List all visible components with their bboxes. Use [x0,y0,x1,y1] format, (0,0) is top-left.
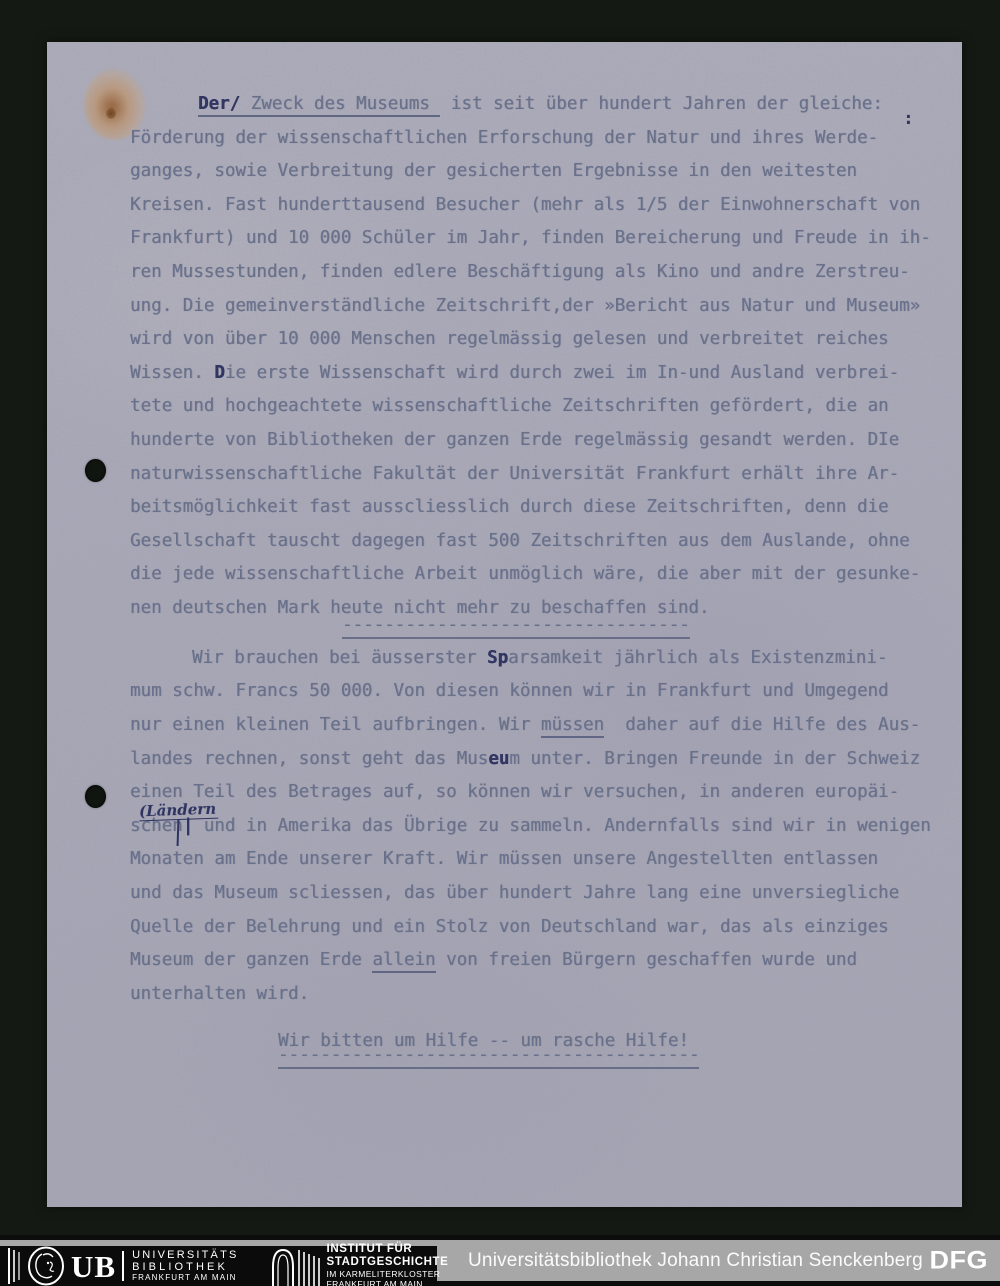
institut-logo-line3: IM KARMELITERKLOSTER [327,1269,449,1279]
typed-line: Museum der ganzen Erde allein von freien… [130,944,960,978]
typed-line: wird von über 10 000 Menschen regelmässi… [130,323,960,357]
handwritten-annotation: (Ländern [139,800,219,822]
footer-logo-row: UB UNIVERSITÄTS BIBLIOTHEK FRANKFURT AM … [6,1246,448,1286]
typed-line: nur einen kleinen Teil aufbringen. Wir m… [130,709,960,743]
typed-line: unterhalten wird. [130,978,960,1012]
footer-logo-panel: UB UNIVERSITÄTS BIBLIOTHEK FRANKFURT AM … [0,1246,437,1286]
typed-line: naturwissenschaftliche Fakultät der Univ… [130,458,960,492]
ub-logo-line3: FRANKFURT AM MAIN [132,1273,238,1283]
typed-line: ung. Die gemeinverständliche Zeitschrift… [130,290,960,324]
punch-hole [85,785,106,808]
ub-library-logo: UB UNIVERSITÄTS BIBLIOTHEK FRANKFURT AM … [6,1246,239,1286]
typed-line: Wir brauchen bei äusserster Sparsamkeit … [130,642,960,676]
typed-line: Der/ Zweck des Museums ist seit über hun… [130,88,960,122]
page: { "page": { "background": "#141a13", "pa… [0,0,1000,1286]
typed-text: Der/ Zweck des Museums ist seit über hun… [130,88,960,1073]
punch-hole [85,459,106,482]
typed-line: Frankfurt) und 10 000 Schüler im Jahr, f… [130,222,960,256]
karmeliterkloster-arch-icon [269,1245,321,1286]
paper-stain-core [106,108,116,119]
institut-logo-line2: STADTGESCHICHTE [327,1256,449,1269]
ub-logo-line1: UNIVERSITÄTS [132,1249,238,1261]
typed-line: Gesellschaft tauscht dagegen fast 500 Ze… [130,525,960,559]
typed-line: und das Museum scliessen, das über hunde… [130,877,960,911]
ub-abbr-label: UB [71,1251,116,1282]
institut-stadtgeschichte-logo: INSTITUT FÜR STADTGESCHICHTE IM KARMELIT… [269,1243,449,1286]
typed-line: Wissen. Die erste Wissenschaft wird durc… [130,357,960,391]
footer-bar: Universitätsbibliothek Johann Christian … [0,1235,1000,1286]
typed-line: beitsmöglichkeit fast ausscliesslich dur… [130,491,960,525]
typed-line: mum schw. Francs 50 000. Von diesen könn… [130,675,960,709]
institut-logo-line1: INSTITUT FÜR [327,1243,449,1256]
correction-colon: : [903,108,914,129]
typed-line: Förderung der wissenschaftlichen Erforsc… [130,122,960,156]
typed-line: landes rechnen, sonst geht das Museum un… [130,743,960,777]
ub-logo-line2: BIBLIOTHEK [132,1261,238,1273]
logo-divider [122,1251,124,1281]
typed-line: die jede wissenschaftliche Arbeit unmögl… [130,558,960,592]
typed-line: Monaten am Ende unserer Kraft. Wir müsse… [130,843,960,877]
goethe-portrait-icon [6,1246,68,1286]
typed-line: einen Teil des Betrages auf, so können w… [130,776,960,810]
typed-line: schen| und in Amerika das Übrige zu samm… [130,810,960,844]
library-name-label: Universitätsbibliothek Johann Christian … [468,1240,923,1281]
ub-logo-text: UNIVERSITÄTS BIBLIOTHEK FRANKFURT AM MAI… [132,1249,238,1283]
typed-line: Kreisen. Fast hunderttausend Besucher (m… [130,189,960,223]
typed-line: ren Mussestunden, finden edlere Beschäft… [130,256,960,290]
typed-line: ganges, sowie Verbreitung der gesicherte… [130,155,960,189]
typed-line: hunderte von Bibliotheken der ganzen Erd… [130,424,960,458]
paragraph-separator: ---------------------------------------- [130,1050,960,1072]
institut-logo-text: INSTITUT FÜR STADTGESCHICHTE IM KARMELIT… [327,1243,449,1286]
dfg-logo: DFG [930,1242,989,1280]
institut-logo-line4: FRANKFURT AM MAIN [327,1279,449,1286]
typed-line: tete und hochgeachtete wissenschaftliche… [130,390,960,424]
typed-line: Quelle der Belehrung und ein Stolz von D… [130,911,960,945]
